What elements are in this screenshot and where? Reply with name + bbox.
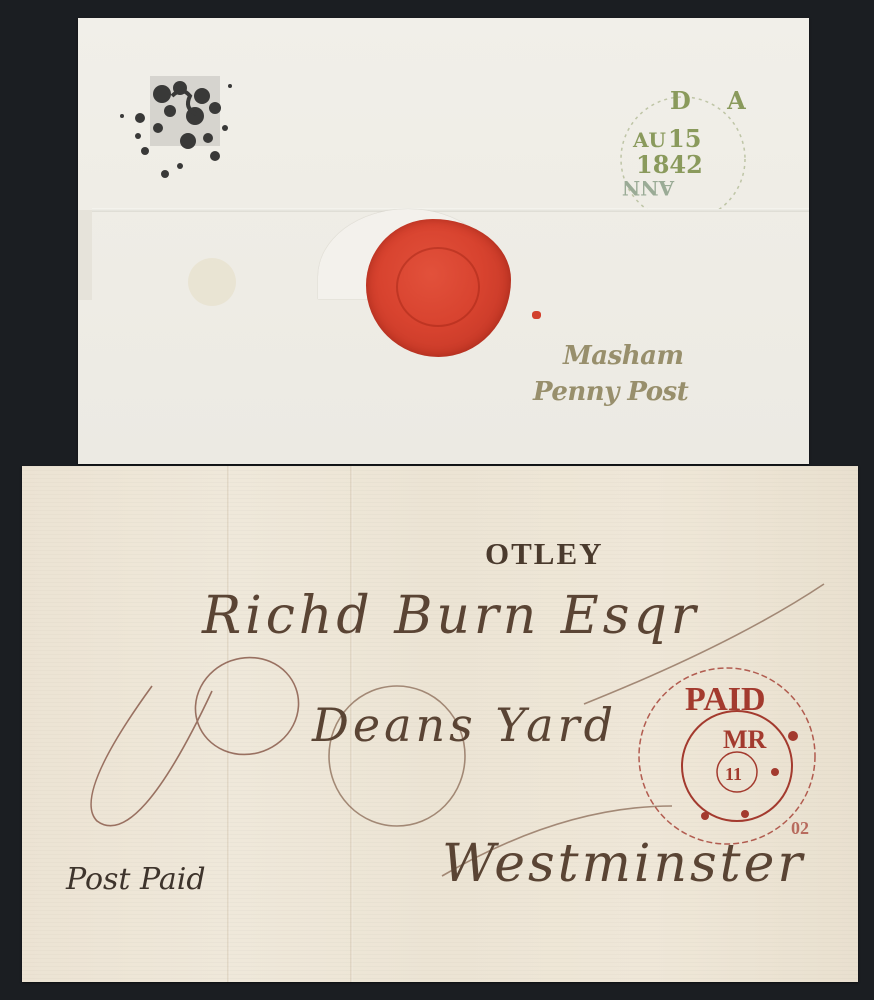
paid-stamp-year: 02 — [791, 818, 809, 838]
wax-seal-impression — [396, 247, 480, 327]
otley-town-stamp: OTLEY — [485, 536, 604, 572]
red-wax-seal — [366, 219, 511, 357]
top-letter-entire: D A AU 15 1842 ANN Masham Penny Post — [78, 18, 809, 464]
red-paid-postmark: PAID MR 11 02 — [615, 664, 825, 854]
paper-fold — [227, 466, 230, 982]
postmark-bottom-text: ANN — [622, 176, 674, 200]
masham-penny-post-handstamp: Masham Penny Post — [533, 338, 733, 410]
green-dated-postmark: D A AU 15 1842 ANN — [598, 84, 768, 209]
paid-stamp-text: PAID — [685, 681, 766, 718]
faint-ink-mark — [188, 258, 236, 306]
postmark-top-text: D A — [670, 86, 760, 115]
postmark-year: 1842 — [636, 150, 703, 179]
bottom-letter-entire: OTLEY Richd Burn Esqr Deans Yard Westmin… — [22, 466, 858, 982]
wax-fragment — [532, 311, 541, 319]
post-paid-annotation: Post Paid — [66, 862, 206, 897]
postmark-day: 15 — [668, 124, 701, 153]
top-letter-edge — [78, 210, 92, 300]
handstamp-line-2: Penny Post — [533, 374, 733, 410]
paid-stamp-month: MR — [723, 725, 767, 754]
paid-stamp-day: 11 — [725, 764, 742, 784]
address-line-name: Richd Burn Esqr — [202, 586, 700, 646]
handstamp-line-1: Masham — [533, 338, 733, 374]
address-line-street: Deans Yard — [312, 698, 617, 752]
postmark-month: AU — [633, 128, 666, 152]
black-obliteration-cancel — [110, 56, 245, 196]
